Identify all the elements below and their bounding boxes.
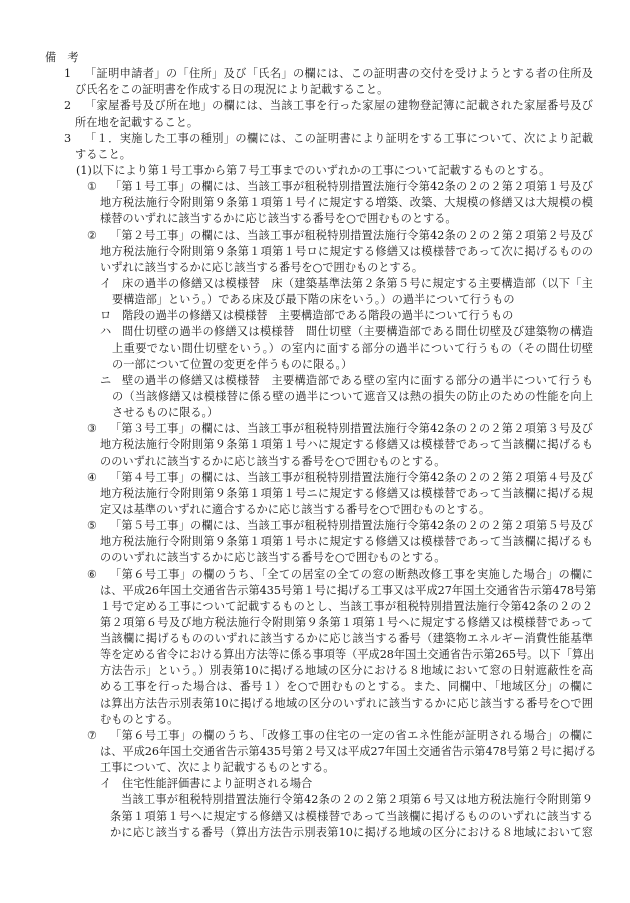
- work-6-line: は、平成26年国土交通省告示第435号第１号に掲げる工事又は平成27年国土交通省…: [0, 583, 630, 599]
- work-6-line: むものとする。: [0, 712, 630, 728]
- line-text: 地方税法施行令附則第９条第１項第１号ニに規定する修繕又は模様替であって当該欄に掲…: [100, 486, 593, 502]
- circled-number: ①: [87, 179, 97, 195]
- line-text: 当該欄に掲げるもののいずれに該当するかに応じ該当する番号（建築物エネルギー消費性…: [100, 631, 593, 647]
- work-6-line: １号で定める工事について記載するものとし、当該工事が租税特別措置法施行令第42条…: [0, 599, 630, 615]
- work-2-sub-i-line: 要構造部」という。）である床及び最下階の床をいう。）の過半について行うもの: [0, 292, 630, 308]
- work-5-line: 地方税法施行令附則第９条第１項第１号ホに規定する修繕又は模様替であって当該欄に掲…: [0, 534, 630, 550]
- line-text: すること。: [75, 147, 131, 163]
- circled-number: ③: [87, 421, 97, 437]
- work-5-line: ののいずれに該当するかに応じ該当する番号を○で囲むものとする。: [0, 550, 630, 566]
- line-text: ののいずれに該当するかに応じ該当する番号を○で囲むものとする。: [100, 550, 445, 566]
- line-text: 「家屋番号及び所在地」の欄には、当該工事を行った家屋の建物登記簿に記載された家屋…: [85, 98, 593, 114]
- work-6-line: 方法告示」という。）別表第10に掲げる地域の区分における８地域において窓の日射遮…: [0, 663, 630, 679]
- work-2-sub-ha-line: ハ 間仕切壁の過半の修繕又は模様替 間仕切壁（主要構造部である間仕切壁及び建築物…: [0, 324, 630, 340]
- kana-marker: ニ: [100, 373, 111, 389]
- work-2-line: 地方税法施行令附則第９条第１項第１号ロに規定する修繕又は模様替であって次に掲げる…: [0, 244, 630, 260]
- line-text: 当該工事が租税特別措置法施行令第42条の２の２第２項第６号又は地方税法施行令附則…: [121, 792, 593, 808]
- kana-marker: ロ: [100, 308, 111, 324]
- kana-marker: イ: [100, 776, 111, 792]
- item-number: 2: [64, 98, 71, 114]
- line-text: 上重要でない間仕切壁をいう。）の室内に面する部分の過半について行うもの（その間仕…: [112, 341, 593, 357]
- line-text: 地方税法施行令附則第９条第１項第１号ホに規定する修繕又は模様替であって当該欄に掲…: [100, 534, 593, 550]
- line-text: 「第４号工事」の欄には、当該工事が租税特別措置法施行令第42条の２の２第２項第４…: [110, 470, 593, 486]
- note-1-line: 1 「証明申請者」の「住所」及び「氏名」の欄には、この証明書の交付を受けようとす…: [0, 66, 630, 82]
- work-1-line: 地方税法施行令附則第９条第１項第１号イに規定する増築、改築、大規模の修繕又は大規…: [0, 195, 630, 211]
- line-text: 第２項第６号及び地方税法施行令附則第９条第１項第１号ヘに規定する修繕又は模様替で…: [100, 615, 593, 631]
- line-text: 条第１項第１号ヘに規定する修繕又は模様替であって当該欄に掲げるもののいずれに該当…: [110, 809, 593, 825]
- line-text: 方法告示」という。）別表第10に掲げる地域の区分における８地域において窓の日射遮…: [100, 663, 593, 679]
- line-text: ののいずれに該当するかに応じ該当する番号を○で囲むものとする。: [100, 454, 445, 470]
- work-6-line: 等を定める省令における算出方法等に係る事項等（平成28年国土交通省告示第265号…: [0, 647, 630, 663]
- work-3-line: 地方税法施行令附則第９条第１項第１号ハに規定する修繕又は模様替であって当該欄に掲…: [0, 437, 630, 453]
- line-text: 住宅性能評価書により証明される場合: [122, 776, 312, 792]
- item-number: 3: [64, 131, 71, 147]
- subsection-1-line: (1)以下により第１号工事から第７号工事までのいずれかの工事について記載するもの…: [0, 163, 630, 179]
- line-text: び氏名をこの証明書を作成する日の現況により記載すること。: [75, 82, 388, 98]
- work-3-line: ③ 「第３号工事」の欄には、当該工事が租税特別措置法施行令第42条の２の２第２項…: [0, 421, 630, 437]
- line-text: かに応じ該当する番号（算出方法告示別表第10に掲げる地域の区分における８地域にお…: [110, 825, 593, 841]
- line-text: 所在地を記載すること。: [75, 115, 198, 131]
- line-text: の（当該修繕又は模様替に係る壁の過半について遮音又は熱の損失の防止のための性能を…: [112, 389, 593, 405]
- line-text: 工事について、次により記載するものとする。: [100, 760, 335, 776]
- work-4-line: 地方税法施行令附則第９条第１項第１号ニに規定する修繕又は模様替であって当該欄に掲…: [0, 486, 630, 502]
- work-2-sub-ha-line: の一部について位置の変更を伴うものに限る。）: [0, 357, 630, 373]
- work-4-line: ④ 「第４号工事」の欄には、当該工事が租税特別措置法施行令第42条の２の２第２項…: [0, 470, 630, 486]
- work-7-line: ⑦ 「第６号工事」の欄のうち、「改修工事の住宅の一定の省エネ性能が証明される場合…: [0, 728, 630, 744]
- line-text: 要構造部」という。）である床及び最下階の床をいう。）の過半について行うもの: [112, 292, 515, 308]
- circled-number: ⑤: [87, 518, 97, 534]
- line-text: １号で定める工事について記載するものとし、当該工事が租税特別措置法施行令第42条…: [100, 599, 593, 615]
- line-text: 「１．実施した工事の種別」の欄には、この証明書により証明をする工事について、次に…: [85, 131, 593, 147]
- work-4-line: 定又は基準のいずれに適合するかに応じ該当する番号を○で囲むものとする。: [0, 502, 630, 518]
- line-text: 様替のいずれに該当するかに応じ該当する番号を○で囲むものとする。: [100, 211, 457, 227]
- line-text: (1)以下により第１号工事から第７号工事までのいずれかの工事について記載するもの…: [76, 163, 550, 179]
- remarks-heading: 備 考: [45, 50, 79, 66]
- line-text: 定又は基準のいずれに適合するかに応じ該当する番号を○で囲むものとする。: [100, 502, 490, 518]
- circled-number: ④: [87, 470, 97, 486]
- line-text: は算出方法告示別表第10に掲げる地域の区分のいずれに該当するかに応じ該当する番号…: [100, 696, 593, 712]
- work-7-sub-i-line: かに応じ該当する番号（算出方法告示別表第10に掲げる地域の区分における８地域にお…: [0, 825, 630, 841]
- note-2-line: 2 「家屋番号及び所在地」の欄には、当該工事を行った家屋の建物登記簿に記載された…: [0, 98, 630, 114]
- work-2-sub-ha-line: 上重要でない間仕切壁をいう。）の室内に面する部分の過半について行うもの（その間仕…: [0, 341, 630, 357]
- work-7-line: 工事について、次により記載するものとする。: [0, 760, 630, 776]
- line-text: の一部について位置の変更を伴うものに限る。）: [112, 357, 352, 373]
- work-6-line: は算出方法告示別表第10に掲げる地域の区分のいずれに該当するかに応じ該当する番号…: [0, 696, 630, 712]
- remarks-heading-line: 備 考: [0, 50, 630, 66]
- work-2-sub-ni-line: させるものに限る。）: [0, 405, 630, 421]
- item-number: 1: [64, 66, 71, 82]
- kana-marker: イ: [100, 276, 111, 292]
- work-7-sub-i-line: 当該工事が租税特別措置法施行令第42条の２の２第２項第６号又は地方税法施行令附則…: [0, 792, 630, 808]
- work-3-line: ののいずれに該当するかに応じ該当する番号を○で囲むものとする。: [0, 454, 630, 470]
- note-3-line: すること。: [0, 147, 630, 163]
- note-3-line: 3 「１．実施した工事の種別」の欄には、この証明書により証明をする工事について、…: [0, 131, 630, 147]
- kana-marker: ハ: [100, 324, 111, 340]
- line-text: 等を定める省令における算出方法等に係る事項等（平成28年国土交通省告示第265号…: [100, 647, 593, 663]
- work-6-line: 当該欄に掲げるもののいずれに該当するかに応じ該当する番号（建築物エネルギー消費性…: [0, 631, 630, 647]
- work-6-line: 第２項第６号及び地方税法施行令附則第９条第１項第１号ヘに規定する修繕又は模様替で…: [0, 615, 630, 631]
- work-2-sub-i-line: イ 床の過半の修繕又は模様替 床（建築基準法第２条第５号に規定する主要構造部（以…: [0, 276, 630, 292]
- document-page: 備 考 1 「証明申請者」の「住所」及び「氏名」の欄には、この証明書の交付を受け…: [0, 0, 630, 903]
- line-text: める工事を行った場合は、番号１）を○で囲むものとする。また、同欄中、「地域区分」…: [100, 679, 593, 695]
- line-text: 床の過半の修繕又は模様替 床（建築基準法第２条第５号に規定する主要構造部（以下「…: [122, 276, 593, 292]
- work-2-sub-ro-line: ロ 階段の過半の修繕又は模様替 主要構造部である階段の過半について行うもの: [0, 308, 630, 324]
- line-text: 「第１号工事」の欄には、当該工事が租税特別措置法施行令第42条の２の２第２項第１…: [110, 179, 593, 195]
- work-7-sub-i-line: イ 住宅性能評価書により証明される場合: [0, 776, 630, 792]
- note-2-line: 所在地を記載すること。: [0, 115, 630, 131]
- line-text: 地方税法施行令附則第９条第１項第１号ハに規定する修繕又は模様替であって当該欄に掲…: [100, 437, 593, 453]
- work-2-line: いずれに該当するかに応じ該当する番号を○で囲むものとする。: [0, 260, 630, 276]
- line-text: させるものに限る。）: [112, 405, 218, 421]
- line-text: 間仕切壁の過半の修繕又は模様替 間仕切壁（主要構造部である間仕切壁及び建築物の構…: [122, 324, 593, 340]
- line-text: 「第６号工事」の欄のうち、「全ての居室の全ての窓の断熱改修工事を実施した場合」の…: [110, 567, 593, 583]
- work-7-line: は、平成26年国土交通省告示第435号第２号又は平成27年国土交通省告示第478…: [0, 744, 630, 760]
- line-text: 階段の過半の修繕又は模様替 主要構造部である階段の過半について行うもの: [122, 308, 513, 324]
- line-text: 壁の過半の修繕又は模様替 主要構造部である壁の室内に面する部分の過半について行う…: [122, 373, 593, 389]
- note-1-line: び氏名をこの証明書を作成する日の現況により記載すること。: [0, 82, 630, 98]
- circled-number: ②: [87, 228, 97, 244]
- line-text: 「第３号工事」の欄には、当該工事が租税特別措置法施行令第42条の２の２第２項第３…: [110, 421, 593, 437]
- line-text: 「第６号工事」の欄のうち、「改修工事の住宅の一定の省エネ性能が証明される場合」の…: [110, 728, 593, 744]
- line-text: 「第５号工事」の欄には、当該工事が租税特別措置法施行令第42条の２の２第２項第５…: [110, 518, 593, 534]
- line-text: いずれに該当するかに応じ該当する番号を○で囲むものとする。: [100, 260, 423, 276]
- work-7-sub-i-line: 条第１項第１号ヘに規定する修繕又は模様替であって当該欄に掲げるもののいずれに該当…: [0, 809, 630, 825]
- work-6-line: める工事を行った場合は、番号１）を○で囲むものとする。また、同欄中、「地域区分」…: [0, 679, 630, 695]
- work-2-line: ② 「第２号工事」の欄には、当該工事が租税特別措置法施行令第42条の２の２第２項…: [0, 228, 630, 244]
- work-1-line: 様替のいずれに該当するかに応じ該当する番号を○で囲むものとする。: [0, 211, 630, 227]
- line-text: 「第２号工事」の欄には、当該工事が租税特別措置法施行令第42条の２の２第２項第２…: [110, 228, 593, 244]
- remarks-section: 備 考 1 「証明申請者」の「住所」及び「氏名」の欄には、この証明書の交付を受け…: [0, 50, 630, 841]
- line-text: は、平成26年国土交通省告示第435号第１号に掲げる工事又は平成27年国土交通省…: [100, 583, 593, 599]
- work-2-sub-ni-line: の（当該修繕又は模様替に係る壁の過半について遮音又は熱の損失の防止のための性能を…: [0, 389, 630, 405]
- line-text: 地方税法施行令附則第９条第１項第１号イに規定する増築、改築、大規模の修繕又は大規…: [100, 195, 593, 211]
- circled-number: ⑦: [87, 728, 97, 744]
- work-2-sub-ni-line: ニ 壁の過半の修繕又は模様替 主要構造部である壁の室内に面する部分の過半について…: [0, 373, 630, 389]
- work-5-line: ⑤ 「第５号工事」の欄には、当該工事が租税特別措置法施行令第42条の２の２第２項…: [0, 518, 630, 534]
- line-text: 「証明申請者」の「住所」及び「氏名」の欄には、この証明書の交付を受けようとする者…: [85, 66, 593, 82]
- line-text: は、平成26年国土交通省告示第435号第２号又は平成27年国土交通省告示第478…: [100, 744, 593, 760]
- line-text: 地方税法施行令附則第９条第１項第１号ロに規定する修繕又は模様替であって次に掲げる…: [100, 244, 593, 260]
- work-1-line: ① 「第１号工事」の欄には、当該工事が租税特別措置法施行令第42条の２の２第２項…: [0, 179, 630, 195]
- circled-number: ⑥: [87, 567, 97, 583]
- work-6-line: ⑥ 「第６号工事」の欄のうち、「全ての居室の全ての窓の断熱改修工事を実施した場合…: [0, 567, 630, 583]
- line-text: むものとする。: [100, 712, 178, 728]
